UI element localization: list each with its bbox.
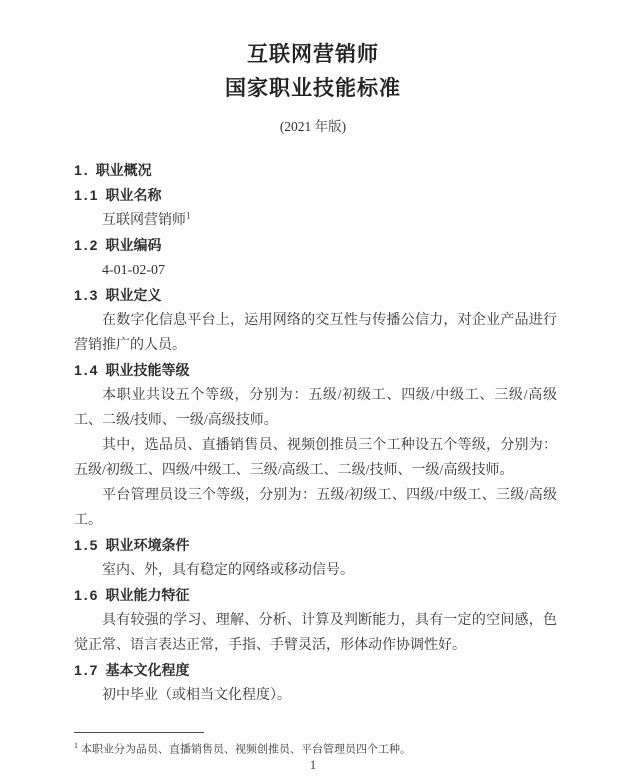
footnote-marker: 1 <box>74 741 78 750</box>
section-number: 1.5 <box>74 537 99 553</box>
page-number: 1 <box>0 758 626 773</box>
paragraph: 初中毕业（或相当文化程度）。 <box>74 683 557 708</box>
paragraph-text: 具有较强的学习、理解、分析、计算及判断能力，具有一定的空间感，色觉正常、语言表达… <box>74 613 557 653</box>
paragraph: 在数字化信息平台上，运用网络的交互性与传播公信力，对企业产品进行营销推广的人员。 <box>74 308 557 358</box>
paragraph-text: 4-01-02-07 <box>102 263 165 278</box>
heading-text: 职业环境条件 <box>105 537 189 553</box>
section-heading: 1.2职业编码 <box>74 233 557 258</box>
section-heading: 1.4职业技能等级 <box>74 358 557 383</box>
heading-text: 职业概况 <box>96 162 152 178</box>
paragraph-text: 互联网营销师 <box>102 213 186 228</box>
section-number: 1. <box>74 162 90 178</box>
paragraph: 室内、外，具有稳定的网络或移动信号。 <box>74 558 557 583</box>
document-body: 1.职业概况1.1职业名称互联网营销师11.2职业编码4-01-02-071.3… <box>74 158 557 708</box>
paragraph: 平台管理员设三个等级，分别为：五级/初级工、四级/中级工、三级/高级工。 <box>74 483 557 533</box>
section-heading: 1.1职业名称 <box>74 183 557 208</box>
paragraph: 4-01-02-07 <box>74 258 557 283</box>
heading-text: 基本文化程度 <box>105 662 189 678</box>
heading-text: 职业定义 <box>105 287 161 303</box>
paragraph: 本职业共设五个等级，分别为：五级/初级工、四级/中级工、三级/高级工、二级/技师… <box>74 383 557 433</box>
heading-text: 职业编码 <box>105 237 161 253</box>
paragraph: 其中，选品员、直播销售员、视频创推员三个工种设五个等级，分别为：五级/初级工、四… <box>74 433 557 483</box>
paragraph-text: 在数字化信息平台上，运用网络的交互性与传播公信力，对企业产品进行营销推广的人员。 <box>74 313 557 353</box>
page-title-line1: 互联网营销师 <box>0 38 626 72</box>
paragraph-text: 本职业共设五个等级，分别为：五级/初级工、四级/中级工、三级/高级工、二级/技师… <box>74 388 557 428</box>
section-heading: 1.7基本文化程度 <box>74 658 557 683</box>
heading-text: 职业名称 <box>105 187 161 203</box>
section-number: 1.3 <box>74 287 99 303</box>
heading-text: 职业能力特征 <box>105 587 189 603</box>
section-number: 1.6 <box>74 587 99 603</box>
section-number: 1.1 <box>74 187 99 203</box>
paragraph: 具有较强的学习、理解、分析、计算及判断能力，具有一定的空间感，色觉正常、语言表达… <box>74 608 557 658</box>
footnote-text: 本职业分为品员、直播销售员、视频创推员、平台管理员四个工种。 <box>81 744 411 756</box>
footnote: 1本职业分为品员、直播销售员、视频创推员、平台管理员四个工种。 <box>74 738 557 758</box>
footnote-reference: 1 <box>186 210 191 220</box>
section-heading: 1.职业概况 <box>74 158 557 183</box>
section-number: 1.7 <box>74 662 99 678</box>
paragraph: 互联网营销师1 <box>74 208 557 233</box>
section-heading: 1.3职业定义 <box>74 283 557 308</box>
section-number: 1.4 <box>74 362 99 378</box>
paragraph-text: 其中，选品员、直播销售员、视频创推员三个工种设五个等级，分别为：五级/初级工、四… <box>74 438 557 478</box>
paragraph-text: 平台管理员设三个等级，分别为：五级/初级工、四级/中级工、三级/高级工。 <box>74 488 557 528</box>
section-number: 1.2 <box>74 237 99 253</box>
section-heading: 1.6职业能力特征 <box>74 583 557 608</box>
heading-text: 职业技能等级 <box>105 362 189 378</box>
document-page: 互联网营销师 国家职业技能标准 (2021 年版) 1.职业概况1.1职业名称互… <box>0 0 626 779</box>
paragraph-text: 室内、外，具有稳定的网络或移动信号。 <box>102 563 354 578</box>
footnote-divider <box>74 732 204 733</box>
title-block: 互联网营销师 国家职业技能标准 (2021 年版) <box>0 0 626 135</box>
section-heading: 1.5职业环境条件 <box>74 533 557 558</box>
page-title-line2: 国家职业技能标准 <box>0 72 626 106</box>
paragraph-text: 初中毕业（或相当文化程度）。 <box>102 688 291 703</box>
edition-label: (2021 年版) <box>0 115 626 135</box>
